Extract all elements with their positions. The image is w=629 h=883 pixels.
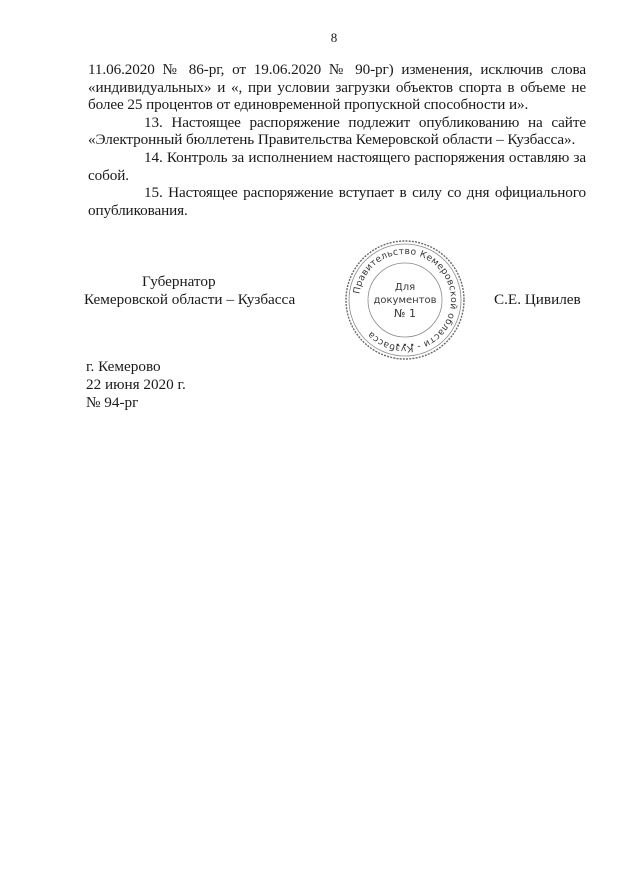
paragraph-14: 14. Контроль за исполнением настоящего р…	[88, 149, 586, 184]
official-stamp-icon: Правительство Кемеровской области - Кузб…	[343, 238, 467, 362]
issue-city: г. Кемерово	[86, 358, 186, 376]
issue-date: 22 июня 2020 г.	[86, 376, 186, 394]
signatory-position: Губернатор Кемеровской области – Кузбасс…	[84, 273, 324, 309]
issue-number: № 94-рг	[86, 394, 186, 412]
page-number: 8	[0, 30, 629, 46]
stamp-center-line1: Для	[395, 282, 415, 293]
stamp-bottom-marks: • • •	[395, 341, 414, 350]
stamp-center-line2: документов	[373, 295, 436, 306]
position-region: Кемеровской области – Кузбасса	[84, 291, 324, 309]
paragraph-13: 13. Настоящее распоряжение подлежит опуб…	[88, 114, 586, 149]
stamp-center-line3: № 1	[394, 307, 416, 320]
signer-name: С.Е. Цивилев	[494, 291, 581, 309]
issue-details: г. Кемерово 22 июня 2020 г. № 94-рг	[86, 358, 186, 412]
position-title: Губернатор	[84, 273, 324, 291]
paragraph-continuation: 11.06.2020 № 86-рг, от 19.06.2020 № 90-р…	[88, 61, 586, 114]
paragraph-15: 15. Настоящее распоряжение вступает в си…	[88, 184, 586, 219]
document-body: 11.06.2020 № 86-рг, от 19.06.2020 № 90-р…	[88, 61, 586, 219]
